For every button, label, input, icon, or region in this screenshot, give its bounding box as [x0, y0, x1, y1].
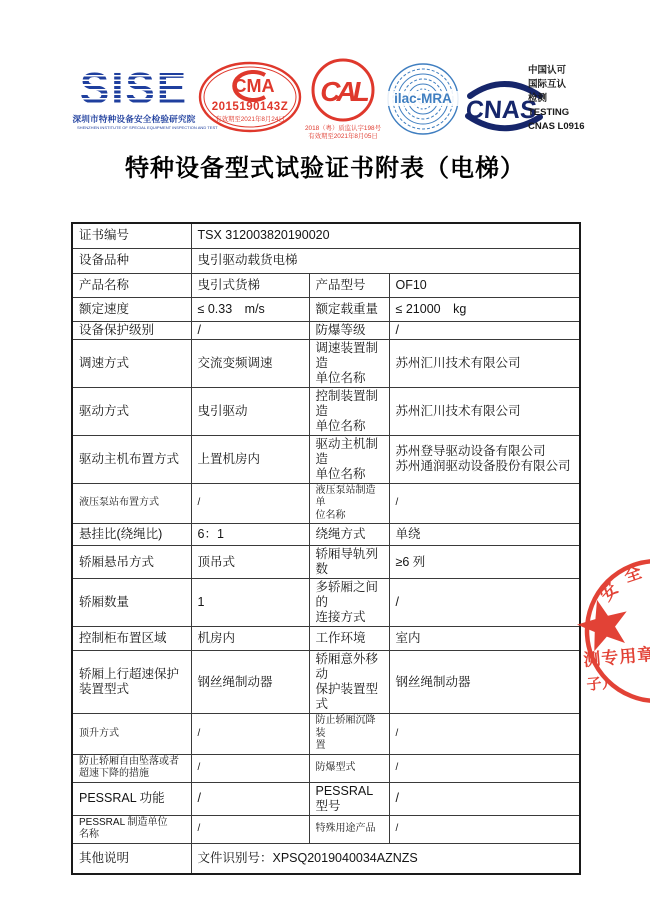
cell-label: 悬挂比(绕绳比)	[72, 524, 191, 546]
cal-seal-icon: CAL 2018（粤）质监认字198号 有效期至2021年8月05日	[297, 58, 389, 144]
cell-value: /	[389, 815, 580, 843]
table-row: 防止轿厢自由坠落或者 超速下降的措施/防爆型式/	[72, 754, 580, 782]
table-row: 调速方式交流变频调速调速装置制造 单位名称苏州汇川技术有限公司	[72, 339, 580, 387]
table-row: 顶升方式/防止轿厢沉降装 置/	[72, 714, 580, 755]
table-row: 轿厢数量1多轿厢之间的 连接方式/	[72, 579, 580, 627]
cell-label: 工作环境	[309, 627, 389, 651]
cell-value: 1	[191, 579, 309, 627]
cell-label: PESSRAL 制造单位 名称	[72, 815, 191, 843]
cell-value: ≤ 21000 kg	[389, 297, 580, 321]
cell-label: 特殊用途产品	[309, 815, 389, 843]
cell-value: /	[389, 714, 580, 755]
cell-label: 液压泵站布置方式	[72, 483, 191, 524]
cell-value: /	[191, 782, 309, 815]
cell-value: /	[389, 754, 580, 782]
cma-seal-icon: CMA 2015190143Z 有效期至2021年8月24日	[198, 60, 302, 138]
cell-label: 轿厢导轨列数	[309, 546, 389, 579]
cell-value: TSX 312003820190020	[191, 223, 580, 248]
cma-label: CMA	[234, 76, 275, 96]
accreditation-line: TESTING	[528, 106, 585, 120]
cell-label: 绕绳方式	[309, 524, 389, 546]
cell-label: 驱动主机制造 单位名称	[309, 435, 389, 483]
cell-label: 顶升方式	[72, 714, 191, 755]
table-row: PESSRAL 制造单位 名称/特殊用途产品/	[72, 815, 580, 843]
cell-label: 驱动主机布置方式	[72, 435, 191, 483]
cell-value: 曳引式货梯	[191, 273, 309, 297]
cell-value: 顶吊式	[191, 546, 309, 579]
seal-bottom-text: 测专用章	[583, 644, 650, 670]
table-row: 液压泵站布置方式/液压泵站制造单 位名称/	[72, 483, 580, 524]
seal-star-icon	[577, 593, 634, 653]
cell-value: 苏州登导驱动设备有限公司 苏州通润驱动设备股份有限公司	[389, 435, 580, 483]
accreditation-line: CNAS L0916	[528, 120, 585, 134]
cell-label: 多轿厢之间的 连接方式	[309, 579, 389, 627]
sise-logo: SISE 深圳市特种设备安全检验研究院 SHENZHEN INSTITUTE O…	[72, 66, 196, 130]
cma-validity: 有效期至2021年8月24日	[215, 114, 285, 123]
cell-value: 钢丝绳制动器	[389, 651, 580, 714]
cell-label: PESSRAL 功能	[72, 782, 191, 815]
cell-value: 苏州汇川技术有限公司	[389, 339, 580, 387]
cma-number: 2015190143Z	[212, 101, 288, 113]
table-row: 轿厢上行超速保护 装置型式钢丝绳制动器轿厢意外移动 保护装置型式钢丝绳制动器	[72, 651, 580, 714]
sise-english-name: SHENZHEN INSTITUTE OF SPECIAL EQUIPMENT …	[77, 125, 191, 130]
cell-value: ≤ 0.33 m/s	[191, 297, 309, 321]
cell-value: 曳引驱动载货电梯	[191, 248, 580, 273]
cell-label: 其他说明	[72, 843, 191, 874]
cell-value: /	[389, 321, 580, 339]
cell-label: 产品型号	[309, 273, 389, 297]
cell-label: 防爆等级	[309, 321, 389, 339]
cell-label: 设备保护级别	[72, 321, 191, 339]
table-row: 驱动主机布置方式上置机房内驱动主机制造 单位名称苏州登导驱动设备有限公司 苏州通…	[72, 435, 580, 483]
accreditation-text: 中国认可 国际互认 检测 TESTING CNAS L0916	[528, 64, 585, 134]
cell-value: OF10	[389, 273, 580, 297]
cell-label: 轿厢意外移动 保护装置型式	[309, 651, 389, 714]
cell-label: 防止轿厢沉降装 置	[309, 714, 389, 755]
table-row: 悬挂比(绕绳比)6：1绕绳方式单绕	[72, 524, 580, 546]
table-row: 轿厢悬吊方式顶吊式轿厢导轨列数≥6 列	[72, 546, 580, 579]
cell-value: 文件识别号：XPSQ2019040034AZNZS	[191, 843, 580, 874]
cell-label: 产品名称	[72, 273, 191, 297]
page-title: 特种设备型式试验证书附表（电梯）	[0, 148, 650, 183]
cell-label: 轿厢数量	[72, 579, 191, 627]
cell-value: /	[389, 579, 580, 627]
table-row: 产品名称曳引式货梯产品型号OF10	[72, 273, 580, 297]
cell-value: /	[191, 815, 309, 843]
table-row: PESSRAL 功能/PESSRAL 型号/	[72, 782, 580, 815]
certificate-table-body: 证书编号TSX 312003820190020设备品种曳引驱动载货电梯产品名称曳…	[72, 223, 580, 874]
cell-value: 6：1	[191, 524, 309, 546]
accreditation-line: 检测	[528, 92, 585, 106]
cell-label: 额定载重量	[309, 297, 389, 321]
accreditation-line: 中国认可	[528, 64, 585, 78]
ilac-mra-label: ilac-MRA	[394, 91, 452, 106]
cell-label: 液压泵站制造单 位名称	[309, 483, 389, 524]
certificate-table: 证书编号TSX 312003820190020设备品种曳引驱动载货电梯产品名称曳…	[71, 222, 581, 875]
table-row: 证书编号TSX 312003820190020	[72, 223, 580, 248]
cell-label: 控制装置制造 单位名称	[309, 387, 389, 435]
cell-label: 调速装置制造 单位名称	[309, 339, 389, 387]
sise-chinese-name: 深圳市特种设备安全检验研究院	[72, 113, 196, 125]
seal-suffix-text: 子）	[586, 673, 617, 694]
cal-line1: 2018（粤）质监认字198号	[305, 123, 382, 132]
cell-value: 曳引驱动	[191, 387, 309, 435]
cell-value: /	[389, 483, 580, 524]
cell-value: 交流变频调速	[191, 339, 309, 387]
cell-value: 钢丝绳制动器	[191, 651, 309, 714]
accreditation-line: 国际互认	[528, 78, 585, 92]
cell-label: 控制柜布置区域	[72, 627, 191, 651]
certificate-page: SISE 深圳市特种设备安全检验研究院 SHENZHEN INSTITUTE O…	[0, 0, 650, 909]
cnas-label: CNAS	[465, 96, 538, 124]
cell-value: 单绕	[389, 524, 580, 546]
cell-value: 机房内	[191, 627, 309, 651]
cell-label: 证书编号	[72, 223, 191, 248]
cell-label: PESSRAL 型号	[309, 782, 389, 815]
table-row: 设备保护级别/防爆等级/	[72, 321, 580, 339]
sise-wordmark: SISE	[72, 66, 196, 112]
cell-value: /	[191, 321, 309, 339]
cell-label: 轿厢上行超速保护 装置型式	[72, 651, 191, 714]
sise-acronym: SISE	[80, 64, 188, 113]
table-row: 驱动方式曳引驱动控制装置制造 单位名称苏州汇川技术有限公司	[72, 387, 580, 435]
cell-label: 轿厢悬吊方式	[72, 546, 191, 579]
cell-value: ≥6 列	[389, 546, 580, 579]
ilac-mra-icon: ilac-MRA	[384, 60, 462, 138]
table-row: 其他说明文件识别号：XPSQ2019040034AZNZS	[72, 843, 580, 874]
cell-label: 调速方式	[72, 339, 191, 387]
cell-value: 苏州汇川技术有限公司	[389, 387, 580, 435]
cal-label: CAL	[320, 76, 368, 107]
table-row: 额定速度≤ 0.33 m/s额定载重量≤ 21000 kg	[72, 297, 580, 321]
cell-value: /	[191, 714, 309, 755]
cell-label: 驱动方式	[72, 387, 191, 435]
cell-value: 室内	[389, 627, 580, 651]
cell-label: 设备品种	[72, 248, 191, 273]
cell-value: /	[191, 754, 309, 782]
cell-label: 额定速度	[72, 297, 191, 321]
cell-label: 防爆型式	[309, 754, 389, 782]
cell-value: /	[191, 483, 309, 524]
table-row: 设备品种曳引驱动载货电梯	[72, 248, 580, 273]
cal-line2: 有效期至2021年8月05日	[308, 131, 378, 140]
cell-value: /	[389, 782, 580, 815]
cell-label: 防止轿厢自由坠落或者 超速下降的措施	[72, 754, 191, 782]
inspection-seal-stamp: 安全检验研究院 测专用章 子）	[577, 553, 650, 713]
cell-value: 上置机房内	[191, 435, 309, 483]
table-row: 控制柜布置区域机房内工作环境室内	[72, 627, 580, 651]
